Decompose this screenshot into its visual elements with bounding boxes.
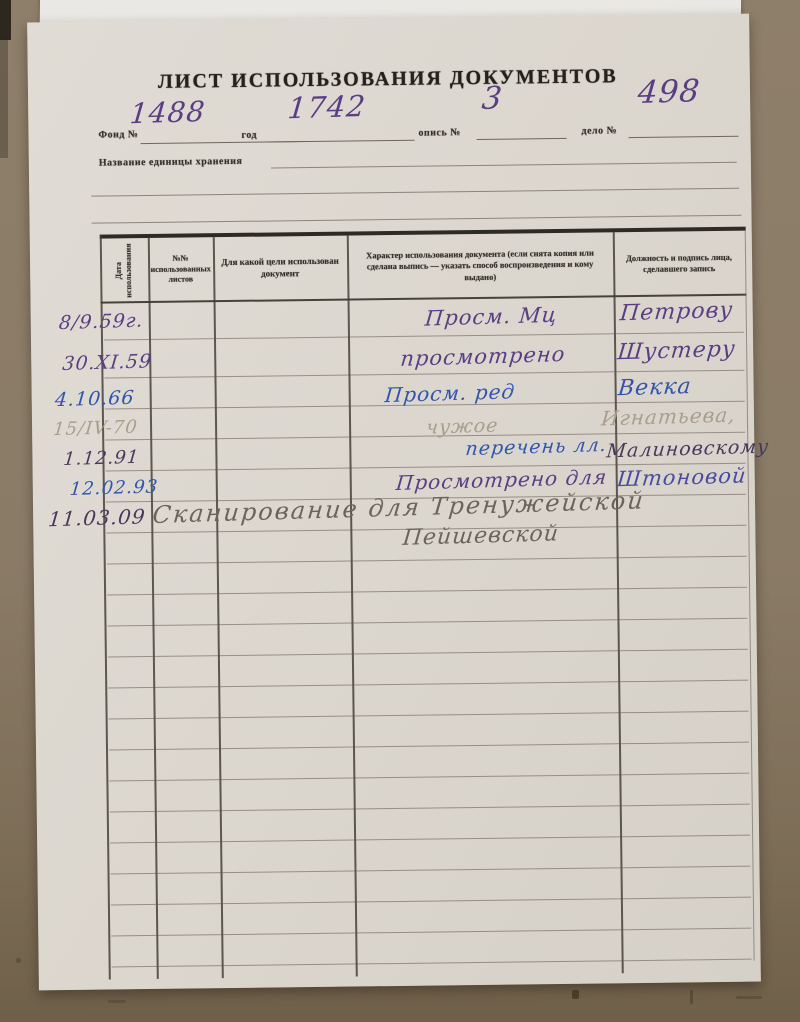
table-row-line: [109, 773, 749, 782]
entry-date: 30.XI.59: [61, 350, 153, 375]
board-speck: [690, 990, 693, 1004]
entry-signature: Петрову: [619, 298, 734, 326]
entry-date: 1.12.91: [63, 447, 141, 470]
entry-signature: Игнатьева,: [600, 402, 737, 430]
delo-label: дело №: [581, 125, 617, 136]
document-title: ЛИСТ ИСПОЛЬЗОВАНИЯ ДОКУМЕНТОВ: [108, 65, 668, 95]
table-row-line: [107, 587, 747, 596]
table-header-sheets: №№ использованных листов: [150, 239, 212, 300]
table-row-line: [110, 804, 750, 813]
fond-label: Фонд №: [98, 129, 138, 140]
table-column-line: [213, 237, 224, 978]
god-label: год: [241, 130, 257, 141]
entry-character: Сканирование для Тренужейской: [151, 486, 646, 529]
scan-edge-shade: [0, 38, 8, 158]
board-speck: [108, 1000, 126, 1003]
entry-character: просмотрено: [399, 342, 566, 371]
delo-line: [629, 136, 739, 138]
entry-date: 8/9.59г.: [58, 310, 145, 335]
opis-line: [477, 138, 567, 140]
opis-label: опись №: [418, 127, 460, 139]
table-row-line: [111, 928, 751, 937]
table-row-line: [111, 897, 751, 906]
table-row-line: [111, 866, 751, 875]
table-row-line: [107, 556, 747, 565]
entry-character: чужое: [425, 414, 499, 438]
opis-value: 3: [480, 80, 504, 117]
table-header-character: Характер использования документа (если с…: [351, 234, 610, 297]
entry-character: перечень лл.: [464, 434, 607, 460]
entry-character-continued: Пейшевской: [402, 521, 561, 551]
entry-signature: Малиновскому: [606, 436, 771, 463]
table-column-line: [148, 238, 159, 979]
board-speck: [16, 958, 21, 963]
table-column-line: [100, 235, 111, 980]
table-row-line: [108, 680, 748, 689]
board-speck: [572, 990, 579, 999]
table-row-line: [109, 742, 749, 751]
delo-value: 498: [636, 73, 702, 111]
table-row-line: [108, 649, 748, 658]
entry-character: Просм. ред: [384, 379, 517, 407]
document-page: ЛИСТ ИСПОЛЬЗОВАНИЯ ДОКУМЕНТОВ Фонд № 148…: [27, 14, 761, 991]
table-column-line: [347, 236, 358, 977]
blank-line-2: [92, 215, 742, 224]
blank-line-1: [91, 188, 739, 197]
unit-name-line: [271, 162, 737, 169]
board-speck: [736, 996, 762, 999]
fond-value: 1488: [128, 95, 206, 130]
entry-date: 11.03.09: [47, 504, 146, 531]
table-row-line: [110, 835, 750, 844]
entry-character: Просм. Мц: [424, 303, 559, 331]
table-row-line: [109, 711, 749, 720]
entry-date: 12.02.93: [69, 476, 159, 500]
table-row-line: [107, 618, 747, 627]
table-column-line: [745, 231, 755, 961]
table-row-line: [112, 959, 752, 968]
entry-signature: Векка: [617, 374, 693, 401]
entry-date: 15/IV-70: [52, 417, 139, 441]
table-header-purpose: Для какой цели использован документ: [216, 238, 345, 300]
entry-date: 4.10.66: [54, 387, 136, 411]
god-line: [267, 140, 415, 143]
table-header-date: Дата использования: [102, 240, 147, 301]
god-value: 1742: [286, 89, 367, 125]
unit-name-label: Название единицы хранения: [99, 156, 243, 169]
table-header-signature: Должность и подпись лица, сделавшего зап…: [617, 233, 742, 295]
entry-signature: Шустеру: [616, 337, 736, 366]
table-header-date-label: Дата использования: [113, 243, 134, 297]
scan-edge-shadow: [0, 0, 11, 40]
